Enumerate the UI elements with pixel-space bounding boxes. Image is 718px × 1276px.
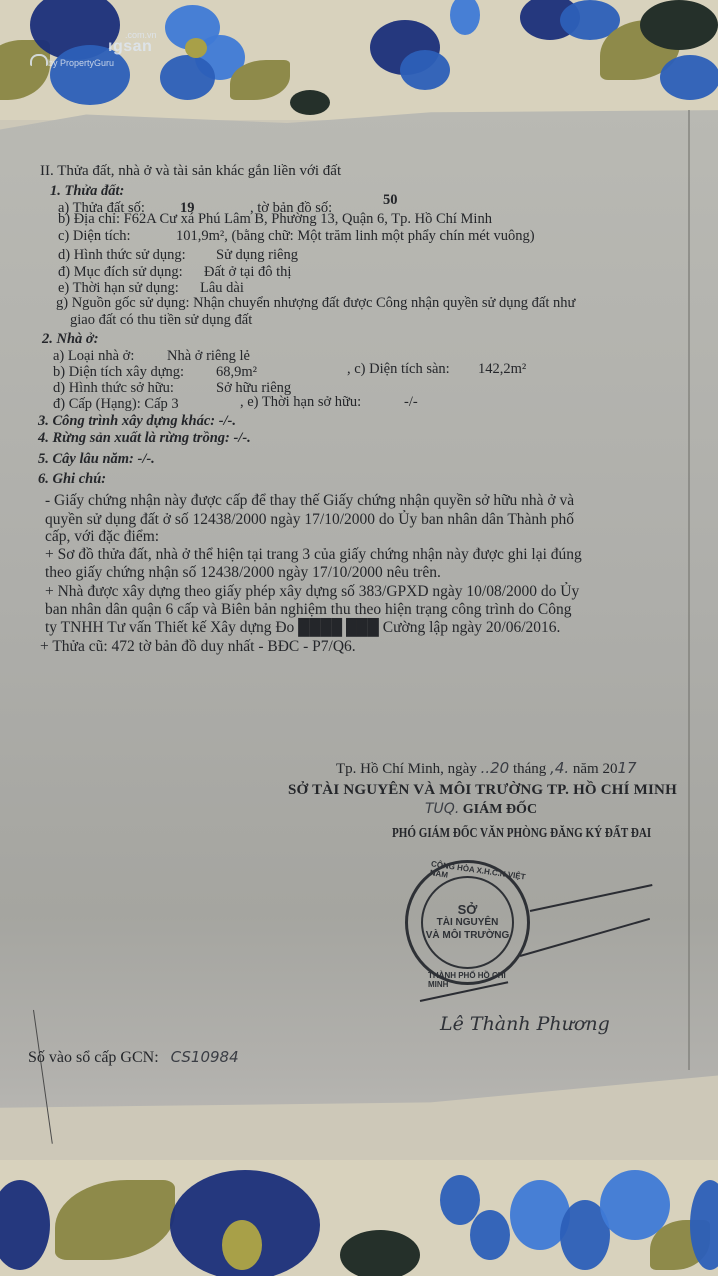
director-title: GIÁM ĐỐC xyxy=(463,802,537,817)
land-use-form-label: d) Hình thức sử dụng: xyxy=(58,247,186,264)
land-title: 1. Thửa đất: xyxy=(50,183,124,200)
land-address: b) Địa chỉ: F62A Cư xá Phú Lâm B, Phường… xyxy=(58,211,492,228)
house-build-area-label: b) Diện tích xây dựng: xyxy=(53,364,184,381)
section-heading: II. Thửa đất, nhà ở và tài sản khác gắn … xyxy=(40,163,341,180)
house-type-value: Nhà ở riêng lẻ xyxy=(167,348,250,365)
signer-subtitle: PHÓ GIÁM ĐỐC VĂN PHÒNG ĐĂNG KÝ ĐẤT ĐAI xyxy=(392,824,651,841)
house-logo-icon xyxy=(30,54,48,66)
house-term-value: -/- xyxy=(404,394,418,411)
day-handwritten: ..20 xyxy=(481,759,510,777)
note-line: - Giấy chứng nhận này được cấp để thay t… xyxy=(45,492,574,509)
note-line: + Thửa cũ: 472 tờ bản đồ duy nhất - BĐC … xyxy=(40,638,356,655)
house-ownership-label: d) Hình thức sở hữu: xyxy=(53,380,174,397)
issuing-authority: SỞ TÀI NGUYÊN VÀ MÔI TRƯỜNG TP. HỒ CHÍ M… xyxy=(288,782,677,799)
note-line-redacted: ty TNHH Tư vấn Thiết kế Xây dựng Đo ████… xyxy=(45,619,560,636)
place-date: Tp. Hồ Chí Minh, ngày ..20 tháng ,4. năm… xyxy=(336,760,637,778)
registry-value-handwritten: CS10984 xyxy=(171,1048,239,1066)
month-handwritten: ,4. xyxy=(550,759,569,777)
registry-number: Số vào sổ cấp GCN: CS10984 xyxy=(28,1049,239,1066)
notes-title: 6. Ghi chú: xyxy=(38,471,106,488)
stamp-ring-bottom: THÀNH PHỐ HỒ CHÍ MINH xyxy=(428,971,527,989)
stamp-line: SỞ xyxy=(458,903,478,916)
house-floor-area-value: 142,2m² xyxy=(478,361,526,378)
land-purpose-value: Đất ở tại đô thị xyxy=(204,264,291,281)
stamp-line: VÀ MÔI TRƯỜNG xyxy=(426,929,510,942)
land-use-form-value: Sử dụng riêng xyxy=(216,247,298,264)
paper-fold-line xyxy=(688,110,690,1070)
house-term-label: , e) Thời hạn sở hữu: xyxy=(240,394,361,411)
stamp-center: SỞ TÀI NGUYÊN VÀ MÔI TRƯỜNG xyxy=(421,876,514,969)
land-area-value: 101,9m², (bằng chữ: Một trăm linh một ph… xyxy=(176,228,535,245)
year-label: năm 20 xyxy=(573,761,618,777)
other-works: 3. Công trình xây dựng khác: -/-. xyxy=(38,413,236,430)
house-title: 2. Nhà ở: xyxy=(42,331,99,348)
house-build-area-value: 68,9m² xyxy=(216,364,257,381)
land-origin: g) Nguồn gốc sử dụng: Nhận chuyển nhượng… xyxy=(56,295,575,312)
note-line: cấp, với đặc điểm: xyxy=(45,528,159,545)
note-line: quyền sử dụng đất ở số 12438/2000 ngày 1… xyxy=(45,511,574,528)
note-line: + Nhà được xây dựng theo giấy phép xây d… xyxy=(45,583,579,600)
watermark-sub: by PropertyGuru xyxy=(48,58,114,68)
note-line: ban nhân dân quận 6 cấp và Biên bản nghi… xyxy=(45,601,571,618)
place-date-prefix: Tp. Hồ Chí Minh, ngày xyxy=(336,761,477,777)
fabric-background-bottom xyxy=(0,1160,718,1276)
signer-title: TUQ. GIÁM ĐỐC xyxy=(425,801,537,818)
registry-label: Số vào sổ cấp GCN: xyxy=(28,1049,159,1066)
house-type-label: a) Loại nhà ở: xyxy=(53,348,134,365)
note-line: theo giấy chứng nhận số 12438/2000 ngày … xyxy=(45,564,441,581)
perennial-trees: 5. Cây lâu năm: -/-. xyxy=(38,451,155,468)
land-purpose-label: đ) Mục đích sử dụng: xyxy=(58,264,183,281)
land-origin-cont: giao đất có thu tiền sử dụng đất xyxy=(70,312,252,329)
house-floor-area-label: , c) Diện tích sàn: xyxy=(347,361,450,378)
signer-name: Lê Thành Phương xyxy=(440,1013,610,1035)
stamp-line: TÀI NGUYÊN xyxy=(437,916,499,929)
note-line: + Sơ đồ thửa đất, nhà ở thể hiện tại tra… xyxy=(45,546,582,563)
official-stamp: CỘNG HÒA X.H.C.N VIỆT NAM THÀNH PHỐ HỒ C… xyxy=(405,860,530,985)
house-grade: đ) Cấp (Hạng): Cấp 3 xyxy=(53,396,179,413)
land-area-label: c) Diện tích: xyxy=(58,228,130,245)
watermark-brand: ıgsan xyxy=(108,38,152,56)
month-label: tháng xyxy=(513,761,546,777)
forest: 4. Rừng sản xuất là rừng trồng: -/-. xyxy=(38,430,251,447)
land-map-value: 50 xyxy=(383,192,398,209)
year-handwritten: 17 xyxy=(617,759,636,777)
on-behalf-handwritten: TUQ. xyxy=(425,801,459,817)
